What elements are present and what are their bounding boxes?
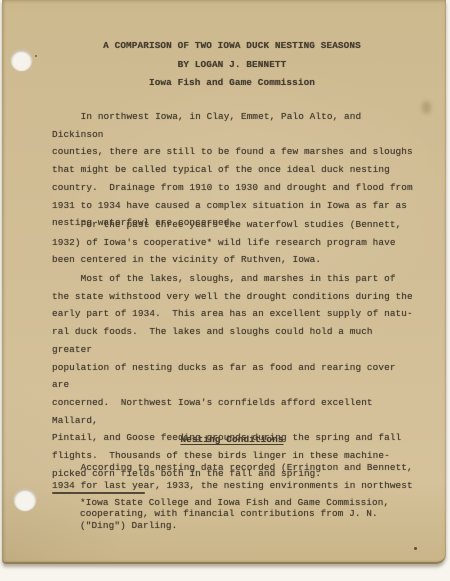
footnote-separator-rule xyxy=(52,492,145,494)
scan-background: A COMPARISON OF TWO IOWA DUCK NESTING SE… xyxy=(0,0,450,581)
footnote: *Iowa State College and Iowa Fish and Ga… xyxy=(80,497,410,531)
paper-speck-bottom-right xyxy=(414,547,417,550)
document-byline: BY LOGAN J. BENNETT xyxy=(52,59,412,70)
document-page: A COMPARISON OF TWO IOWA DUCK NESTING SE… xyxy=(2,0,446,564)
paragraph-3: Most of the lakes, sloughs, and marshes … xyxy=(52,270,416,482)
paragraph-1: In northwest Iowa, in Clay, Emmet, Palo … xyxy=(52,108,416,232)
punch-hole-bottom xyxy=(14,489,36,511)
punch-hole-top xyxy=(11,50,32,71)
document-organization: Iowa Fish and Game Commission xyxy=(52,77,412,88)
paper-smudge xyxy=(422,101,431,114)
section-heading-text: Nesting Conditions xyxy=(180,434,283,445)
paper-speck-top-left xyxy=(35,55,37,57)
document-title: A COMPARISON OF TWO IOWA DUCK NESTING SE… xyxy=(52,40,412,51)
paragraph-2: For the past three years the waterfowl s… xyxy=(52,216,416,269)
paragraph-4: According to nesting data recorded (Erri… xyxy=(52,459,416,494)
section-heading: Nesting Conditions xyxy=(52,434,412,445)
